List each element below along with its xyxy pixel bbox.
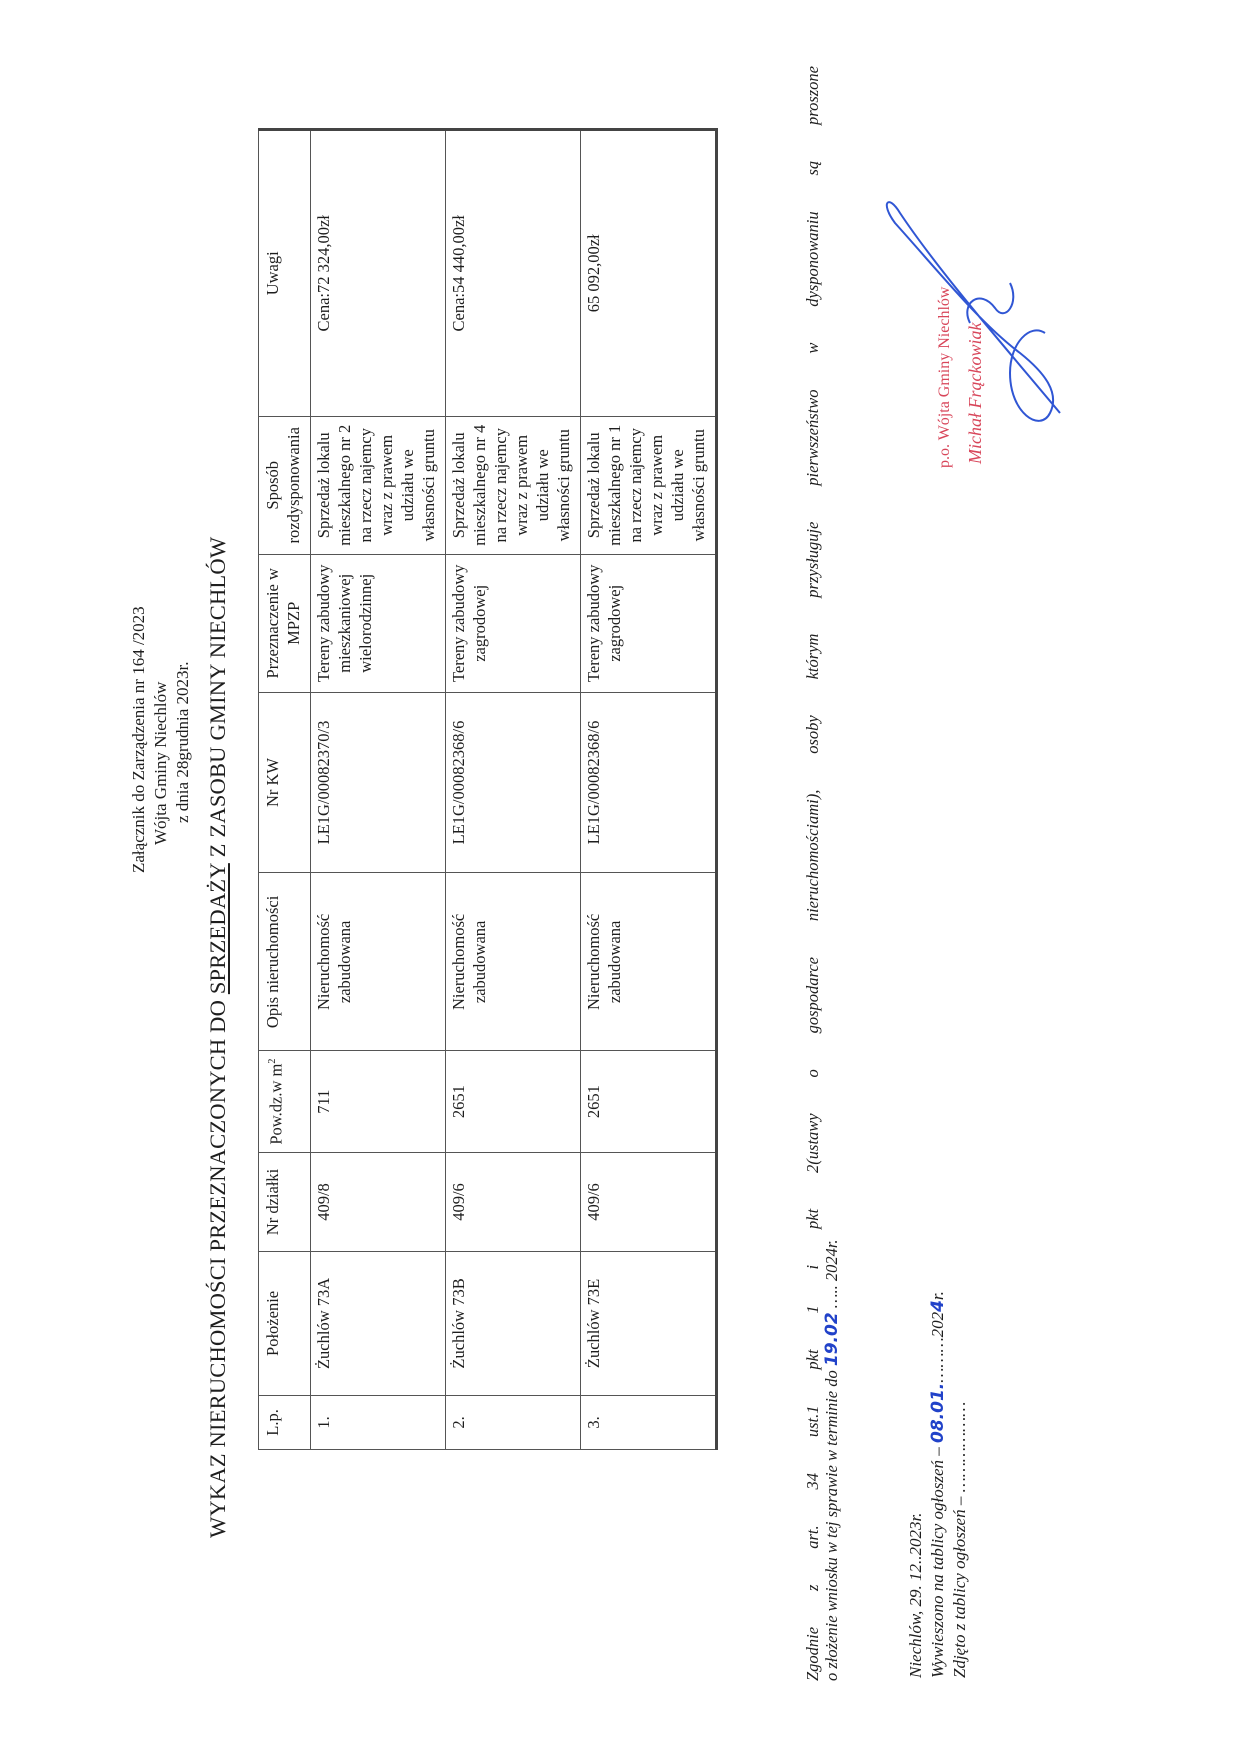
document-page: Załącznik do Zarządzenia nr 164 /2023 Wó… <box>0 0 1240 1753</box>
handwritten-posted-year: 4 <box>928 1300 948 1312</box>
header-mpzp: Przeznaczenie w MPZP <box>259 554 311 692</box>
cell-sposob: Sprzedaż lokalu mieszkalnego nr 1 na rze… <box>581 416 717 554</box>
title-part-1: WYKAZ NIERUCHOMOŚCI PRZEZNACZONYCH DO <box>205 994 230 1538</box>
header-line-2: Wójta Gminy Niechlów <box>150 373 172 873</box>
property-table: L.p. Położenie Nr działki Pow.dz.w m2 Op… <box>258 128 718 1450</box>
cell-pow: 711 <box>311 1051 446 1153</box>
posted-dots: ……… <box>928 1337 947 1382</box>
cell-pow: 2651 <box>581 1051 717 1153</box>
document-title: WYKAZ NIERUCHOMOŚCI PRZEZNACZONYCH DO SP… <box>205 278 231 1538</box>
cell-nr-dzialki: 409/6 <box>446 1152 581 1251</box>
posted-suffix: r. <box>928 1291 947 1300</box>
table-row: 3. Żuchlów 73E 409/6 2651 Nieruchomość z… <box>581 130 717 1450</box>
header-line-3: z dnia 28grudnia 2023r. <box>172 373 194 873</box>
legal-notice-year: ….. 2024r. <box>822 1239 841 1312</box>
cell-mpzp: Tereny zabudowy zagrodowej <box>581 554 717 692</box>
stamp-line-1: p.o. Wójta Gminy Niechlów <box>930 208 960 468</box>
posted-line: Wywieszono na tablicy ogłoszeń – 08.01.…… <box>927 978 949 1678</box>
cell-nr-kw: LE1G/00082370/3 <box>311 692 446 873</box>
legal-notice-line-1: Zgodnie z art. 34 ust.1 pkt 1 i pkt 2(us… <box>803 66 822 1681</box>
cell-uwagi: Cena:54 440,00zł <box>446 130 581 417</box>
header-pow: Pow.dz.w m2 <box>259 1051 311 1153</box>
removed-line: Zdjęto z tablicy ogłoszeń – ……………… <box>949 978 971 1678</box>
header-pow-label: Pow.dz.w m <box>267 1064 286 1145</box>
cell-polozenie: Żuchlów 73E <box>581 1251 717 1395</box>
cell-polozenie: Żuchlów 73B <box>446 1251 581 1395</box>
header-nr-kw: Nr KW <box>259 692 311 873</box>
cell-uwagi: Cena:72 324,00zł <box>311 130 446 417</box>
table-row: 1. Żuchlów 73A 409/8 711 Nieruchomość za… <box>311 130 446 1450</box>
legal-notice: Zgodnie z art. 34 ust.1 pkt 1 i pkt 2(us… <box>803 66 842 1681</box>
title-part-2: Z ZASOBU GMINY NIECHLÓW <box>205 537 230 863</box>
cell-sposob: Sprzedaż lokalu mieszkalnego nr 2 na rze… <box>311 416 446 554</box>
header-line-1: Załącznik do Zarządzenia nr 164 /2023 <box>128 373 150 873</box>
cell-mpzp: Tereny zabudowy zagrodowej <box>446 554 581 692</box>
cell-uwagi: 65 092,00zł <box>581 130 717 417</box>
legal-notice-line-2: o złożenie wniosku w tej sprawie w termi… <box>822 66 842 1681</box>
official-stamp: p.o. Wójta Gminy Niechlów Michał Frąckow… <box>930 208 990 468</box>
header-pow-sup: 2 <box>267 1059 278 1064</box>
cell-lp: 3. <box>581 1395 717 1449</box>
posted-label: Wywieszono na tablicy ogłoszeń – <box>928 1447 947 1678</box>
posting-dates: Niechlów, 29. 12..2023r. Wywieszono na t… <box>905 978 971 1678</box>
cell-nr-dzialki: 409/8 <box>311 1152 446 1251</box>
header-opis: Opis nieruchomości <box>259 873 311 1051</box>
header-uwagi: Uwagi <box>259 130 311 417</box>
handwritten-posted-date: 08.01. <box>928 1383 948 1443</box>
title-underlined: SPRZEDAŻY <box>205 863 230 994</box>
cell-opis: Nieruchomość zabudowana <box>446 873 581 1051</box>
header-nr-dzialki: Nr działki <box>259 1152 311 1251</box>
place-date: Niechlów, 29. 12..2023r. <box>905 978 927 1678</box>
cell-pow: 2651 <box>446 1051 581 1153</box>
table-header-row: L.p. Położenie Nr działki Pow.dz.w m2 Op… <box>259 130 311 1450</box>
cell-mpzp: Tereny zabudowy mieszkaniowej wielorodzi… <box>311 554 446 692</box>
cell-sposob: Sprzedaż lokalu mieszkalnego nr 4 na rze… <box>446 416 581 554</box>
legal-notice-text: o złożenie wniosku w tej sprawie w termi… <box>822 1366 841 1681</box>
header-polozenie: Położenie <box>259 1251 311 1395</box>
header-sposob: Sposób rozdysponowania <box>259 416 311 554</box>
cell-opis: Nieruchomość zabudowana <box>581 873 717 1051</box>
attachment-header: Załącznik do Zarządzenia nr 164 /2023 Wó… <box>128 373 194 873</box>
cell-nr-kw: LE1G/00082368/6 <box>581 692 717 873</box>
cell-lp: 2. <box>446 1395 581 1449</box>
cell-lp: 1. <box>311 1395 446 1449</box>
cell-nr-kw: LE1G/00082368/6 <box>446 692 581 873</box>
cell-nr-dzialki: 409/6 <box>581 1152 717 1251</box>
cell-polozenie: Żuchlów 73A <box>311 1251 446 1395</box>
cell-opis: Nieruchomość zabudowana <box>311 873 446 1051</box>
table-row: 2. Żuchlów 73B 409/6 2651 Nieruchomość z… <box>446 130 581 1450</box>
handwritten-deadline: 19.02 <box>822 1312 842 1366</box>
posted-year: 202 <box>928 1312 947 1338</box>
stamp-line-2: Michał Frąckowiak <box>960 208 990 468</box>
header-lp: L.p. <box>259 1395 311 1449</box>
